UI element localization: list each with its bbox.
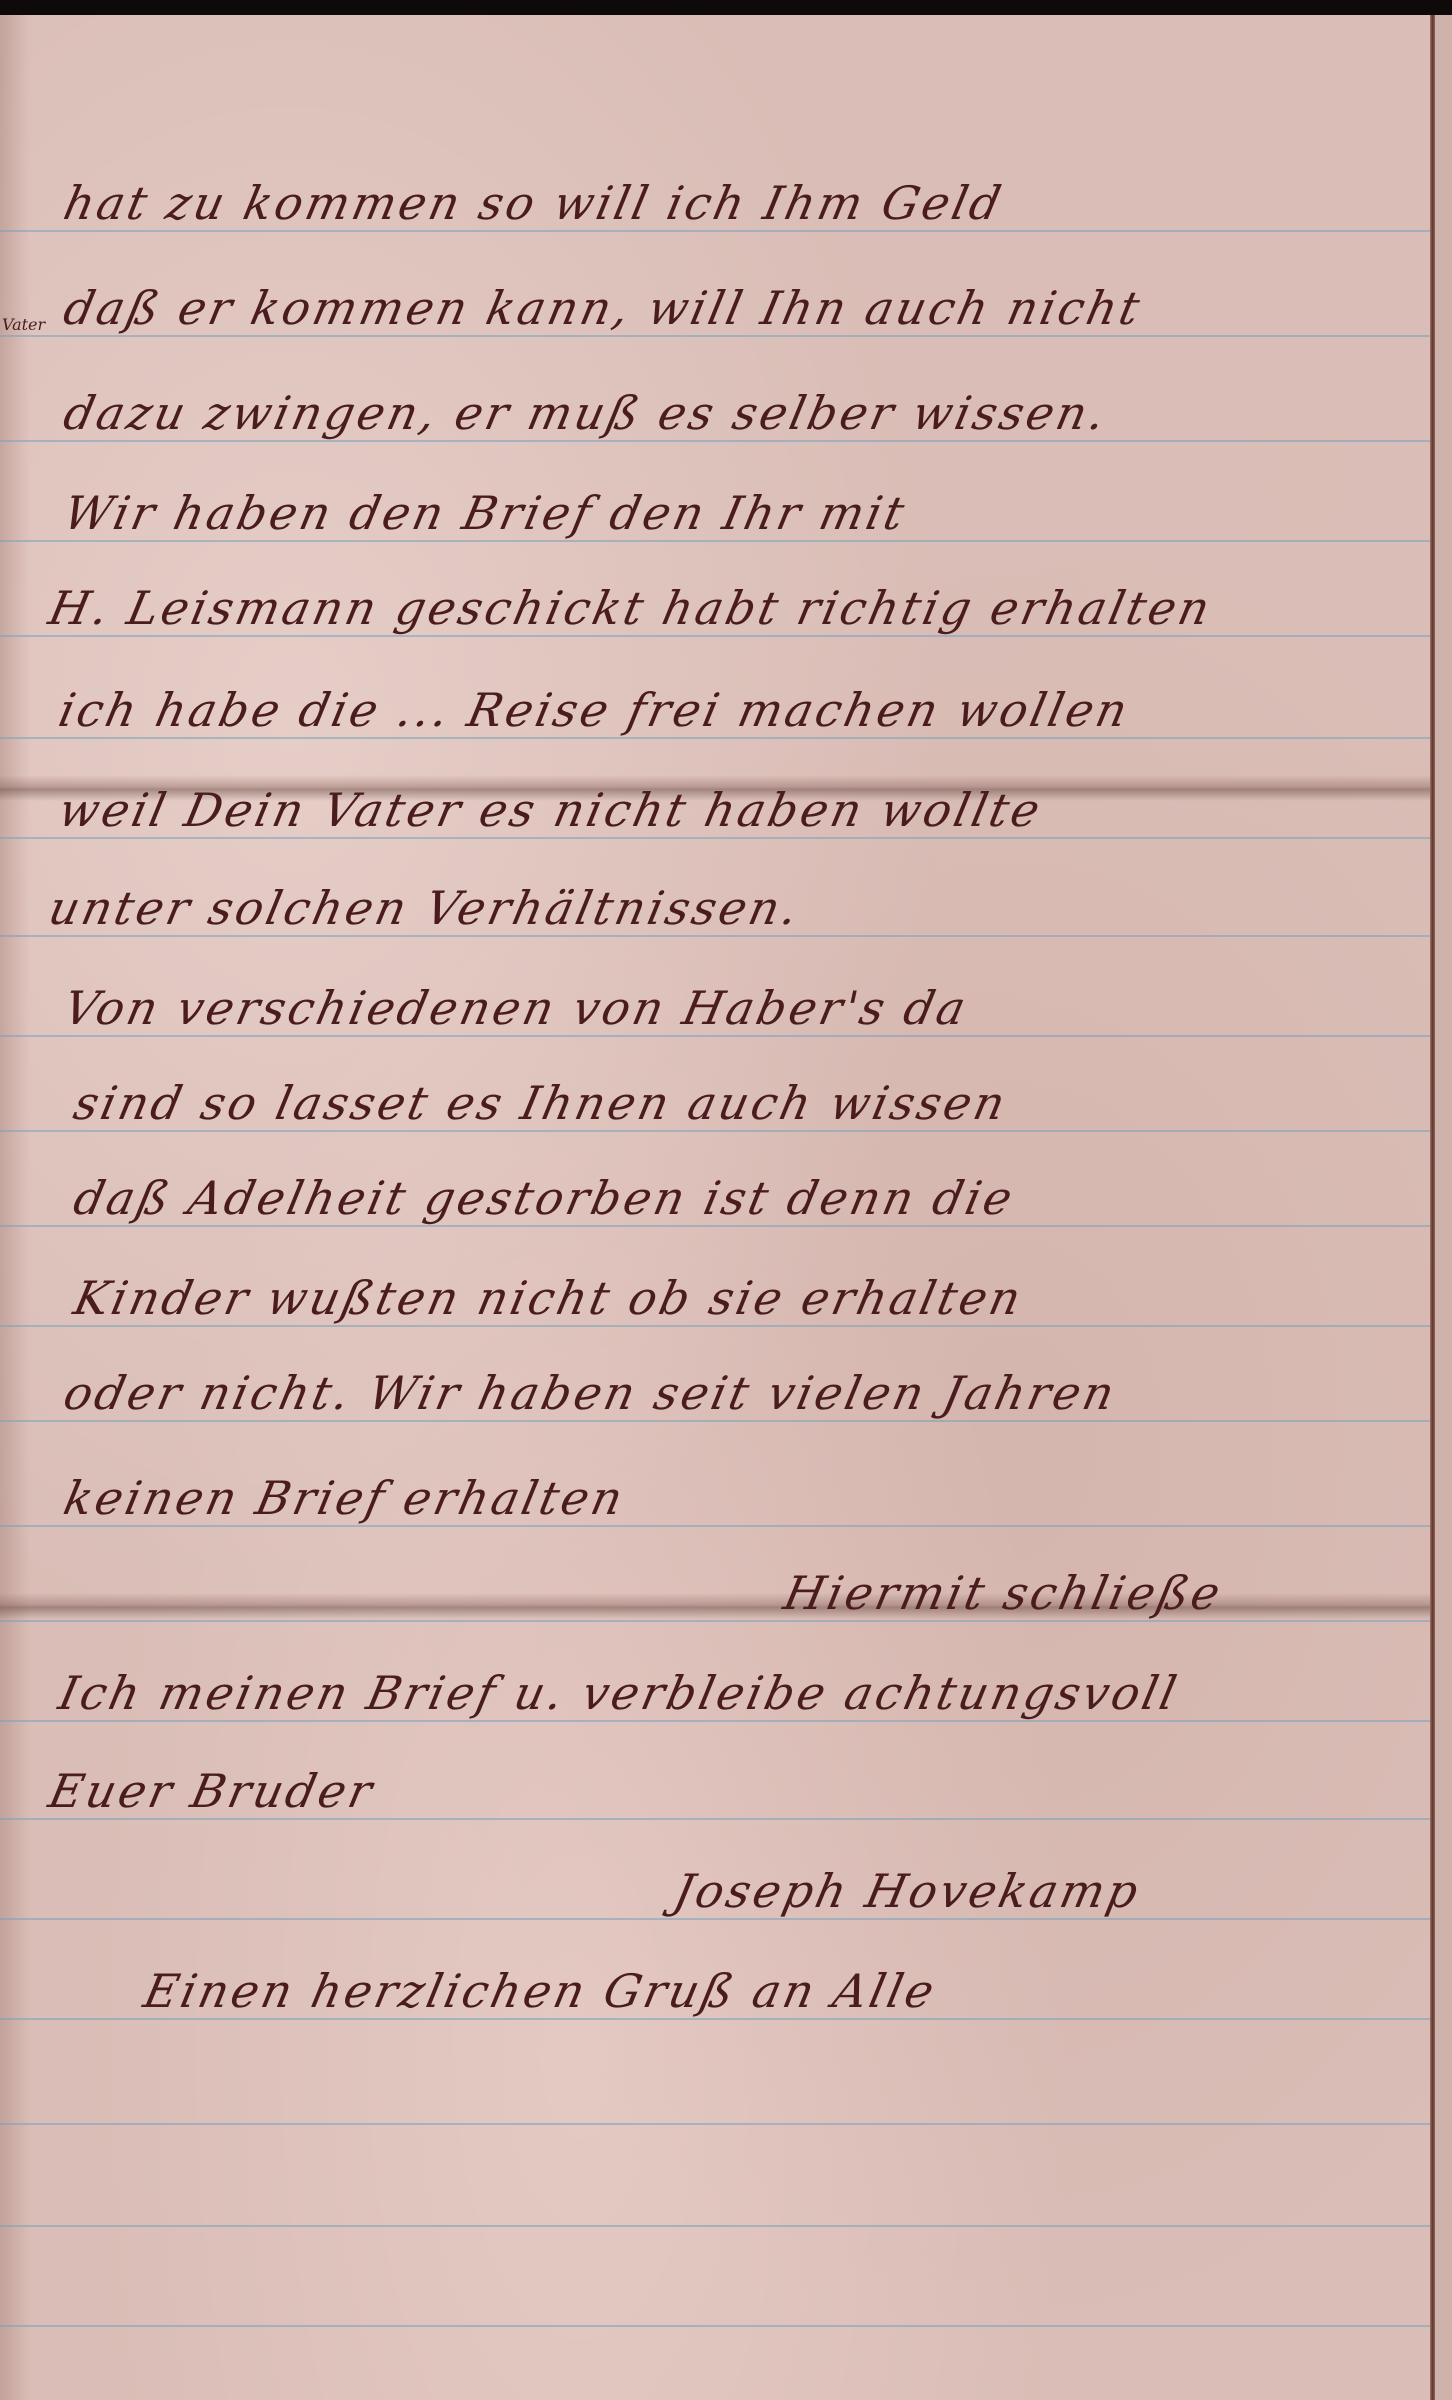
- next-page-edge: [1435, 15, 1452, 2400]
- text-line: Kinder wußten nicht ob sie erhalten: [70, 1275, 1028, 1321]
- ruled-line: [0, 1130, 1452, 1132]
- margin-note: Vater: [2, 315, 45, 334]
- text-line: daß er kommen kann, will Ihn auch nicht: [60, 285, 1146, 331]
- ruled-line: [0, 2325, 1452, 2327]
- text-line: daß Adelheit gestorben ist denn die: [70, 1175, 1019, 1221]
- ruled-line: [0, 837, 1452, 839]
- ruled-line: [0, 737, 1452, 739]
- text-line: H. Leismann geschickt habt richtig erhal…: [45, 585, 1217, 631]
- ruled-line: [0, 1720, 1452, 1722]
- text-line: Einen herzlichen Gruß an Alle: [140, 1968, 941, 2014]
- text-line: weil Dein Vater es nicht haben wollte: [55, 787, 1047, 833]
- text-line: Euer Bruder: [45, 1768, 379, 1814]
- text-line: unter solchen Verhältnissen.: [45, 885, 805, 931]
- ruled-line: [0, 1225, 1452, 1227]
- ruled-line: [0, 540, 1452, 542]
- ruled-line: [0, 1420, 1452, 1422]
- ruled-line: [0, 1525, 1452, 1527]
- ruled-line: [0, 1918, 1452, 1920]
- ruled-line: [0, 1620, 1452, 1622]
- ruled-line: [0, 1035, 1452, 1037]
- text-line: dazu zwingen, er muß es selber wissen.: [60, 390, 1112, 436]
- text-line: Hiermit schließe: [780, 1570, 1227, 1616]
- ruled-line: [0, 635, 1452, 637]
- page-edge-shadow: [0, 15, 30, 2400]
- ruled-line: [0, 230, 1452, 232]
- signature: Joseph Hovekamp: [670, 1868, 1145, 1914]
- text-line: oder nicht. Wir haben seit vielen Jahren: [60, 1370, 1121, 1416]
- text-line: ich habe die ... Reise frei machen wolle…: [55, 687, 1134, 733]
- ruled-line: [0, 440, 1452, 442]
- text-line: hat zu kommen so will ich Ihm Geld: [60, 180, 1008, 226]
- text-line: Ich meinen Brief u. verbleibe achtungsvo…: [55, 1670, 1183, 1716]
- letter-page: Vater hat zu kommen so will ich Ihm Geld…: [0, 15, 1452, 2400]
- ruled-line: [0, 935, 1452, 937]
- ruled-line: [0, 1325, 1452, 1327]
- ruled-line: [0, 2123, 1452, 2125]
- ruled-line: [0, 2225, 1452, 2227]
- ruled-line: [0, 335, 1452, 337]
- ruled-line: [0, 2018, 1452, 2020]
- text-line: Wir haben den Brief den Ihr mit: [60, 490, 911, 536]
- ruled-line: [0, 1818, 1452, 1820]
- text-line: keinen Brief erhalten: [60, 1475, 629, 1521]
- text-line: sind so lasset es Ihnen auch wissen: [70, 1080, 1012, 1126]
- text-line: Von verschiedenen von Haber's da: [60, 985, 972, 1031]
